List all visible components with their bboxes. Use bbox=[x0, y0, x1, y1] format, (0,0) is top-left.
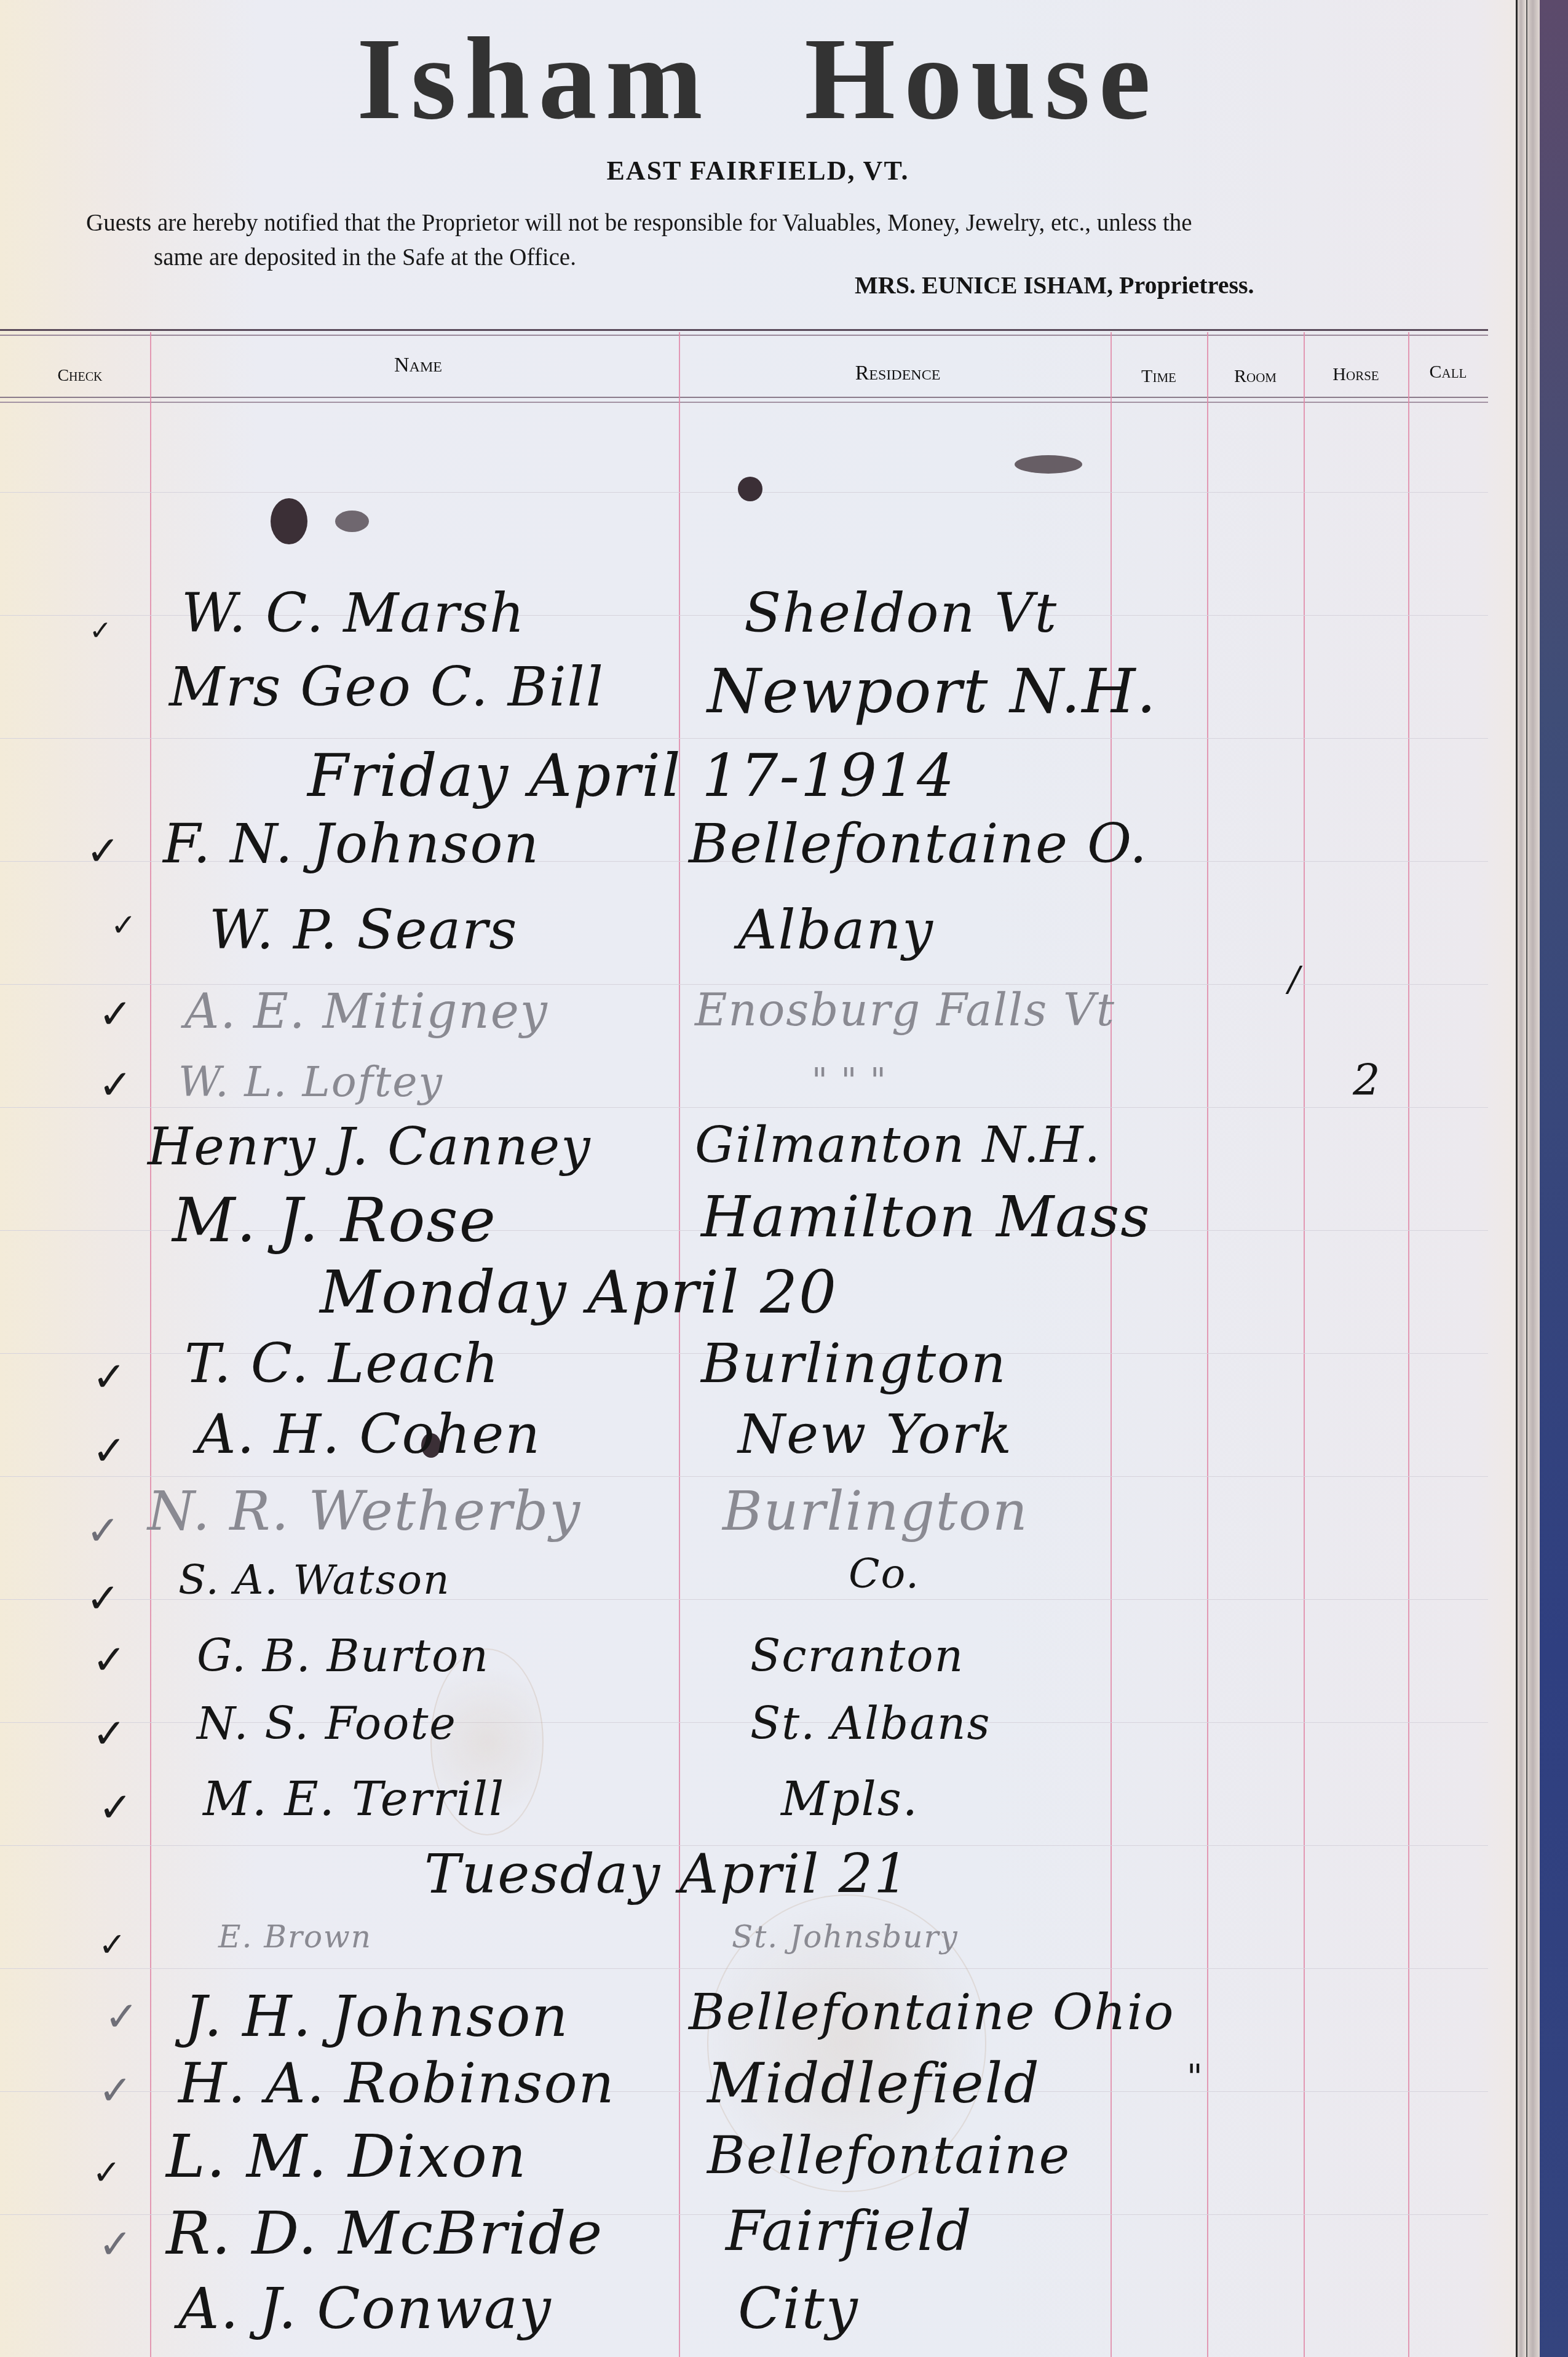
guest-name: T. C. Leach bbox=[184, 1332, 500, 1395]
check-mark: ✓ bbox=[92, 1636, 126, 1683]
check-mark: ✓ bbox=[92, 1353, 126, 1401]
check-mark: ✓ bbox=[86, 827, 120, 875]
check-mark: ✓ bbox=[92, 1710, 126, 1757]
row-rule bbox=[0, 1476, 1488, 1477]
date-heading: Tuesday April 21 bbox=[424, 1842, 909, 1906]
proprietress: MRS. EUNICE ISHAM, Proprietress. bbox=[855, 271, 1254, 300]
horse-count: 2 bbox=[1353, 1055, 1382, 1105]
check-mark: ✓ bbox=[98, 2220, 132, 2268]
guest-name: M. J. Rose bbox=[172, 1184, 497, 1256]
check-mark: ✓ bbox=[98, 990, 132, 1038]
guest-residence: Mpls. bbox=[781, 1771, 919, 1826]
time-ditto-mark: " bbox=[1187, 2057, 1204, 2097]
check-mark: ✓ bbox=[89, 615, 112, 646]
guest-residence: Co. bbox=[849, 1550, 920, 1597]
check-mark: ✓ bbox=[92, 2153, 121, 2193]
column-header-call: Call bbox=[1408, 362, 1488, 383]
liability-notice: Guests are hereby notified that the Prop… bbox=[86, 206, 1408, 275]
column-header-horse: Horse bbox=[1304, 364, 1408, 385]
hotel-title: Isham House bbox=[0, 12, 1516, 146]
check-mark: ✓ bbox=[98, 2067, 132, 2114]
guest-residence: City bbox=[738, 2276, 859, 2342]
guest-name: Henry J. Canney bbox=[148, 1116, 592, 1177]
guest-name: W. P. Sears bbox=[209, 898, 518, 961]
guest-name: J. H. Johnson bbox=[184, 1984, 569, 2049]
guest-residence: Albany bbox=[738, 898, 934, 961]
guest-name: R. D. McBride bbox=[166, 2199, 603, 2268]
check-mark: ✓ bbox=[98, 1061, 132, 1108]
guest-name: N. S. Foote bbox=[197, 1698, 457, 1749]
guest-name: S. A. Watson bbox=[178, 1556, 451, 1604]
guest-residence: Burlington bbox=[723, 1479, 1029, 1543]
column-divider bbox=[1111, 332, 1112, 2357]
guest-residence: Sheldon Vt bbox=[744, 581, 1058, 645]
column-divider bbox=[150, 332, 151, 2357]
check-mark: ✓ bbox=[98, 1925, 126, 1964]
row-rule bbox=[0, 1107, 1488, 1108]
guest-residence: Newport N.H. bbox=[707, 655, 1157, 727]
guest-name: G. B. Burton bbox=[197, 1630, 489, 1682]
guest-name: H. A. Robinson bbox=[178, 2051, 616, 2116]
column-header-residence: Residence bbox=[799, 362, 996, 385]
column-header-room: Room bbox=[1207, 366, 1304, 387]
guest-name: E. Brown bbox=[218, 1919, 372, 1955]
check-mark: ✓ bbox=[86, 1507, 120, 1554]
column-header-check: Check bbox=[43, 366, 117, 386]
check-mark: ✓ bbox=[86, 1575, 120, 1622]
page-edge bbox=[1516, 0, 1526, 2357]
header-rule-top bbox=[0, 329, 1488, 336]
column-divider bbox=[1408, 332, 1409, 2357]
guest-residence: Fairfield bbox=[726, 2199, 973, 2264]
guest-residence: St. Johnsbury bbox=[732, 1919, 959, 1955]
check-mark: ✓ bbox=[98, 1784, 132, 1831]
guest-residence: St. Albans bbox=[750, 1698, 991, 1749]
guest-residence: Scranton bbox=[750, 1630, 964, 1682]
guest-name: F. N. Johnson bbox=[163, 812, 540, 875]
notice-line-2: same are deposited in the Safe at the Of… bbox=[86, 240, 1408, 275]
column-header-name: Name bbox=[344, 354, 492, 377]
guest-residence: " " " bbox=[812, 1061, 887, 1101]
column-header-time: Time bbox=[1111, 366, 1207, 387]
column-divider bbox=[1304, 332, 1305, 2357]
guest-name: N. R. Wetherby bbox=[148, 1479, 581, 1543]
column-divider bbox=[679, 332, 680, 2357]
notice-line-1: Guests are hereby notified that the Prop… bbox=[86, 210, 1192, 236]
guest-residence: Bellefontaine O. bbox=[689, 812, 1148, 875]
header-rule-bottom bbox=[0, 397, 1488, 403]
ink-blot bbox=[335, 511, 369, 532]
hotel-location: EAST FAIRFIELD, VT. bbox=[0, 155, 1516, 186]
guest-residence: New York bbox=[738, 1402, 1013, 1466]
guest-name: W. C. Marsh bbox=[181, 581, 526, 645]
guest-residence: Burlington bbox=[701, 1332, 1007, 1395]
book-cover bbox=[1540, 0, 1568, 2357]
ink-blot bbox=[1015, 455, 1082, 474]
column-divider bbox=[1207, 332, 1208, 2357]
check-mark: ✓ bbox=[111, 907, 137, 943]
guest-name: A. J. Conway bbox=[178, 2276, 552, 2342]
page-edge bbox=[1526, 0, 1541, 2357]
guest-residence: Middlefield bbox=[707, 2051, 1040, 2116]
room-mark: / bbox=[1288, 960, 1301, 1000]
guest-name: L. M. Dixon bbox=[166, 2122, 528, 2191]
ink-blot bbox=[738, 477, 762, 501]
guest-residence: Gilmanton N.H. bbox=[695, 1116, 1101, 1174]
guest-residence: Hamilton Mass bbox=[701, 1184, 1151, 1250]
date-heading: Friday April 17-1914 bbox=[307, 741, 956, 810]
date-heading: Monday April 20 bbox=[320, 1258, 837, 1327]
guest-residence: Bellefontaine bbox=[707, 2125, 1071, 2185]
check-mark: ✓ bbox=[92, 1427, 126, 1474]
guest-residence: Bellefontaine Ohio bbox=[689, 1984, 1175, 2041]
check-mark: ✓ bbox=[105, 1993, 138, 2040]
guest-name: Mrs Geo C. Bill bbox=[169, 655, 604, 718]
guest-name: M. E. Terrill bbox=[203, 1771, 505, 1826]
guest-name: W. L. Loftey bbox=[178, 1058, 443, 1107]
row-rule bbox=[0, 738, 1488, 739]
guest-residence: Enosburg Falls Vt bbox=[695, 984, 1115, 1036]
guest-name: A. E. Mitigney bbox=[184, 984, 548, 1039]
guest-name: A. H. Cohen bbox=[197, 1402, 541, 1466]
ink-blot bbox=[271, 498, 307, 544]
